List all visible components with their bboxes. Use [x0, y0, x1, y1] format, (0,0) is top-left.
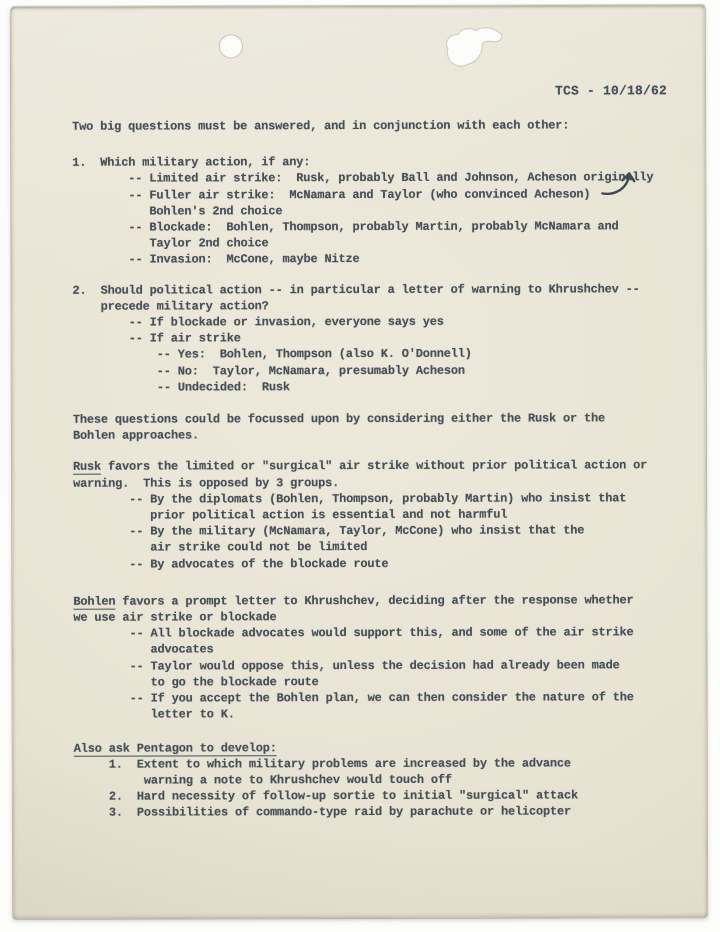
document-line: Bohlen's 2nd choice — [72, 202, 692, 220]
document-line: advocates — [73, 641, 693, 659]
document-line: Two big questions must be answered, and … — [72, 117, 692, 135]
document-line: -- Taylor would oppose this, unless the … — [74, 657, 694, 675]
document-line: prior political action is essential and … — [73, 506, 693, 524]
scanned-document: TCS - 10/18/62 Two big questions must be… — [0, 0, 720, 932]
document-line: -- By the military (McNamara, Taylor, Mc… — [73, 522, 693, 540]
document-line: Also ask Pentagon to develop: — [74, 739, 694, 757]
document-line: -- Invasion: McCone, maybe Nitze — [72, 251, 692, 269]
question-2-list: 2. Should political action -- in particu… — [73, 281, 693, 396]
document-line: 2. Hard necessity of follow-up sortie to… — [74, 787, 694, 805]
document-line: -- If you accept the Bohlen plan, we can… — [74, 689, 694, 707]
punch-hole-right-torn — [447, 28, 502, 66]
rusk-paragraph: Rusk favors the limited or "surgical" ai… — [73, 458, 693, 573]
document-line: -- Yes: Bohlen, Thompson (also K. O'Donn… — [73, 346, 693, 364]
document-line: 3. Possibilities of commando-type raid b… — [74, 803, 694, 821]
document-line: -- By the diplomats (Bohlen, Thompson, p… — [73, 490, 693, 508]
document-line: 2. Should political action -- in particu… — [73, 281, 693, 299]
document-line: Taylor 2nd choice — [72, 234, 692, 252]
document-body: Two big questions must be answered, and … — [72, 117, 694, 821]
question-1-list: 1. Which military action, if any: -- Lim… — [72, 153, 692, 268]
document-line: Bohlen favors a prompt letter to Khrushc… — [73, 592, 693, 610]
document-line: warning. This is opposed by 3 groups. — [73, 474, 693, 492]
date-header: TCS - 10/18/62 — [555, 83, 667, 98]
document-line: 1. Which military action, if any: — [72, 153, 692, 171]
document-line: air strike could not be limited — [73, 539, 693, 557]
document-line: we use air strike or blockade — [73, 608, 693, 626]
document-line: These questions could be focussed upon b… — [73, 410, 693, 428]
document-line: warning a note to Khrushchev would touch… — [74, 771, 694, 789]
document-line: Bohlen approaches. — [73, 426, 693, 444]
document-line: -- If air strike — [73, 329, 693, 347]
document-line: -- All blockade advocates would support … — [73, 624, 693, 642]
document-line: letter to K. — [74, 705, 694, 723]
document-line: -- Blockade: Bohlen, Thompson, probably … — [72, 218, 692, 236]
document-line: -- Undecided: Rusk — [73, 378, 693, 396]
paper-sheet: TCS - 10/18/62 Two big questions must be… — [11, 5, 707, 919]
punch-hole-left — [219, 35, 242, 58]
document-line: -- If blockade or invasion, everyone say… — [73, 313, 693, 331]
punch-holes — [206, 22, 526, 79]
document-line: 1. Extent to which military problems are… — [74, 755, 694, 773]
document-line: precede military action? — [73, 297, 693, 315]
document-line: Rusk favors the limited or "surgical" ai… — [73, 458, 693, 476]
document-line: -- No: Taylor, McNamara, presumably Ache… — [73, 362, 693, 380]
document-line: -- Fuller air strike: McNamara and Taylo… — [72, 186, 692, 204]
document-line: -- By advocates of the blockade route — [73, 555, 693, 573]
focus-paragraph: These questions could be focussed upon b… — [73, 410, 693, 444]
document-line: to go the blockade route — [74, 673, 694, 691]
bohlen-paragraph: Bohlen favors a prompt letter to Khrushc… — [73, 592, 693, 723]
pentagon-list: Also ask Pentagon to develop: 1. Extent … — [74, 739, 694, 822]
intro-paragraph: Two big questions must be answered, and … — [72, 117, 692, 135]
document-line: -- Limited air strike: Rusk, probably Ba… — [72, 170, 692, 188]
